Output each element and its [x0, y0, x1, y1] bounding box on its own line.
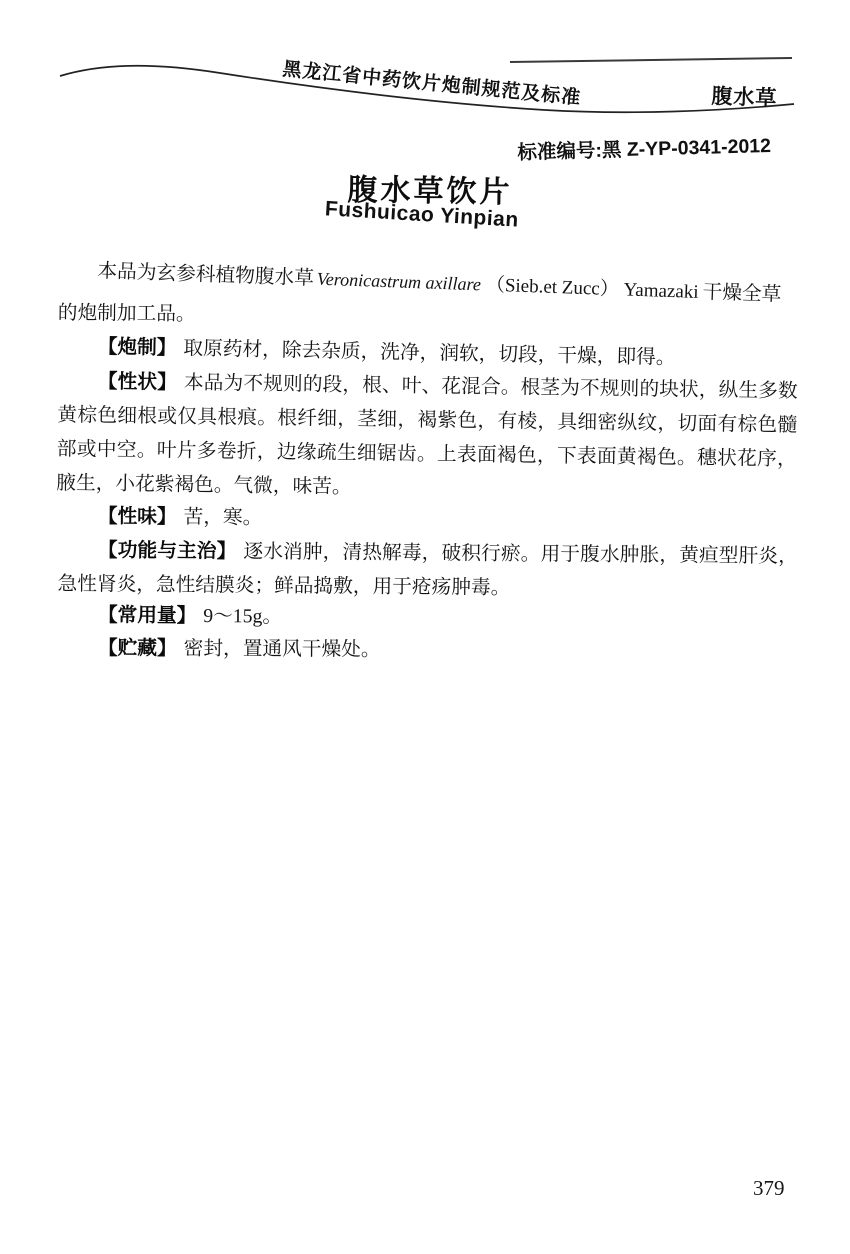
section-label: 【功能与主治】 [98, 539, 237, 562]
section-xingzhuang: 【性状】本品为不规则的段，根、叶、花混合。根茎为不规则的块状，纵生多数黄棕色细根… [56, 364, 798, 510]
section-zhucang: 【贮藏】密封，置通风干燥处。 [58, 632, 798, 669]
section-text: 密封，置通风干燥处。 [184, 638, 381, 661]
latin-author-citation: （Sieb.et Zucc） Yamazaki [486, 275, 699, 303]
section-label: 【炮制】 [97, 336, 176, 360]
section-text: 9～15g。 [203, 605, 282, 628]
intro-text-cn: 本品为玄参科植物腹水草 [97, 260, 314, 290]
section-gongneng-zhuzhi: 【功能与主治】逐水消肿，清热解毒，破积行瘀。用于腹水肿胀，黄疸型肝炎，急性肾炎，… [57, 533, 798, 607]
document-body: 本品为玄参科植物腹水草Veronicastrum axillare（Sieb.e… [0, 0, 850, 1254]
intro-text-tail: 干燥全草 [702, 281, 781, 306]
latin-species-name: Veronicastrum axillare [317, 269, 482, 295]
section-changyongliang: 【常用量】9～15g。 [58, 599, 798, 637]
section-text: 取原药材，除去杂质，洗净，润软，切段，干燥，即得。 [183, 337, 676, 368]
section-label: 【常用量】 [98, 604, 197, 627]
section-label: 【性状】 [98, 371, 178, 394]
section-text: 苦，寒。 [184, 506, 263, 529]
scanned-document-page: 黑龙江省中药饮片炮制规范及标准 腹水草 标准编号:黑 Z-YP-0341-201… [0, 0, 850, 1254]
intro-line-2: 的炮制加工品。 [58, 297, 196, 331]
intro-line-1: 本品为玄参科植物腹水草Veronicastrum axillare（Sieb.e… [97, 255, 782, 312]
section-label: 【性味】 [98, 505, 177, 528]
page-number: 379 [753, 1176, 785, 1201]
section-label: 【贮藏】 [98, 637, 177, 659]
